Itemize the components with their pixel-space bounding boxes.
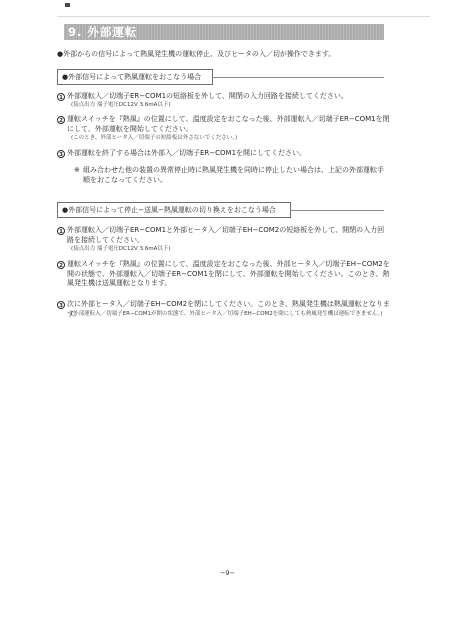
step-number-circle: 2 bbox=[57, 116, 65, 124]
section1-heading-box: ●外部信号によって熱風運転をおこなう場合 bbox=[57, 69, 213, 85]
intro-text: ●外部からの信号によって熱風発生機の運転停止、及びヒータの入／切が操作できます。 bbox=[57, 50, 391, 60]
step-text: 外部運転を終了する場合は外部入／切端子ER−COM1を開にしてください。 bbox=[67, 149, 391, 159]
section1-remark: ※ 組み合わせた他の装置の異常停止時に熱風発生機を同時に停止したい場合は、上記の… bbox=[74, 166, 389, 185]
section2-step3-note: (外部運転入／切端子ER−COM1が開の状態で、外部ヒータ入／切端子EH−COM… bbox=[71, 311, 391, 318]
step-text: 外部運転入／切端子ER−COM1の短絡板を外して、開閉の入力回路を接続してくださ… bbox=[67, 92, 391, 102]
section2-heading-box: ●外部信号によって停止−送風−熱風運転の切り換えをおこなう場合 bbox=[57, 202, 291, 218]
step-text: 外部運転入／切端子ER−COM1と外部ヒータ入／切端子EH−COM2の短絡板を外… bbox=[67, 226, 391, 245]
section2-heading-rule bbox=[290, 210, 384, 211]
step-number-circle: 3 bbox=[57, 301, 65, 309]
manual-page: 9. 外部運転 ●外部からの信号によって熱風発生機の運転停止、及びヒータの入／切… bbox=[0, 0, 455, 644]
step-text: 運転スイッチを『熱風』の位置にして、温度設定をおこなった後、外部ヒータ入／切端子… bbox=[67, 260, 391, 289]
page-title: 9. 外部運転 bbox=[68, 25, 137, 39]
section1-step1: 1 外部運転入／切端子ER−COM1の短絡板を外して、開閉の入力回路を接続してく… bbox=[57, 92, 391, 102]
section1-heading-rule bbox=[212, 77, 384, 78]
remark-text: 組み合わせた他の装置の異常停止時に熱風発生機を同時に停止したい場合は、上記の外部… bbox=[83, 166, 389, 185]
section-title-bar: 9. 外部運転 bbox=[64, 24, 384, 40]
step-text: 運転スイッチを『熱風』の位置にして、温度設定をおこなった後、外部運転入／切端子E… bbox=[67, 115, 391, 134]
section2-heading: ●外部信号によって停止−送風−熱風運転の切り換えをおこなう場合 bbox=[62, 206, 276, 214]
scan-artifact-speck bbox=[65, 3, 70, 7]
page-number: −9− bbox=[0, 569, 455, 577]
reference-mark: ※ bbox=[74, 166, 82, 185]
top-edge-rule bbox=[57, 16, 430, 17]
section1-step3: 3 外部運転を終了する場合は外部入／切端子ER−COM1を開にしてください。 bbox=[57, 149, 391, 159]
section2-step2: 2 運転スイッチを『熱風』の位置にして、温度設定をおこなった後、外部ヒータ入／切… bbox=[57, 260, 391, 289]
section1-step1-note: (接点出力 端子電圧DC12V 3.6mA以下) bbox=[71, 102, 391, 109]
section2-step1-note: (接点出力 端子電圧DC12V 3.6mA以下) bbox=[71, 246, 391, 253]
step-number-circle: 3 bbox=[57, 150, 65, 158]
section1-step2: 2 運転スイッチを『熱風』の位置にして、温度設定をおこなった後、外部運転入／切端… bbox=[57, 115, 391, 134]
step-number-circle: 2 bbox=[57, 261, 65, 269]
step-number-circle: 1 bbox=[57, 93, 65, 101]
step-number-circle: 1 bbox=[57, 227, 65, 235]
section1-step2-note: (このとき、外部ヒータ入／切端子の短絡板は外さないでください。) bbox=[71, 135, 391, 142]
section2-step1: 1 外部運転入／切端子ER−COM1と外部ヒータ入／切端子EH−COM2の短絡板… bbox=[57, 226, 391, 245]
section1-heading: ●外部信号によって熱風運転をおこなう場合 bbox=[62, 73, 201, 81]
